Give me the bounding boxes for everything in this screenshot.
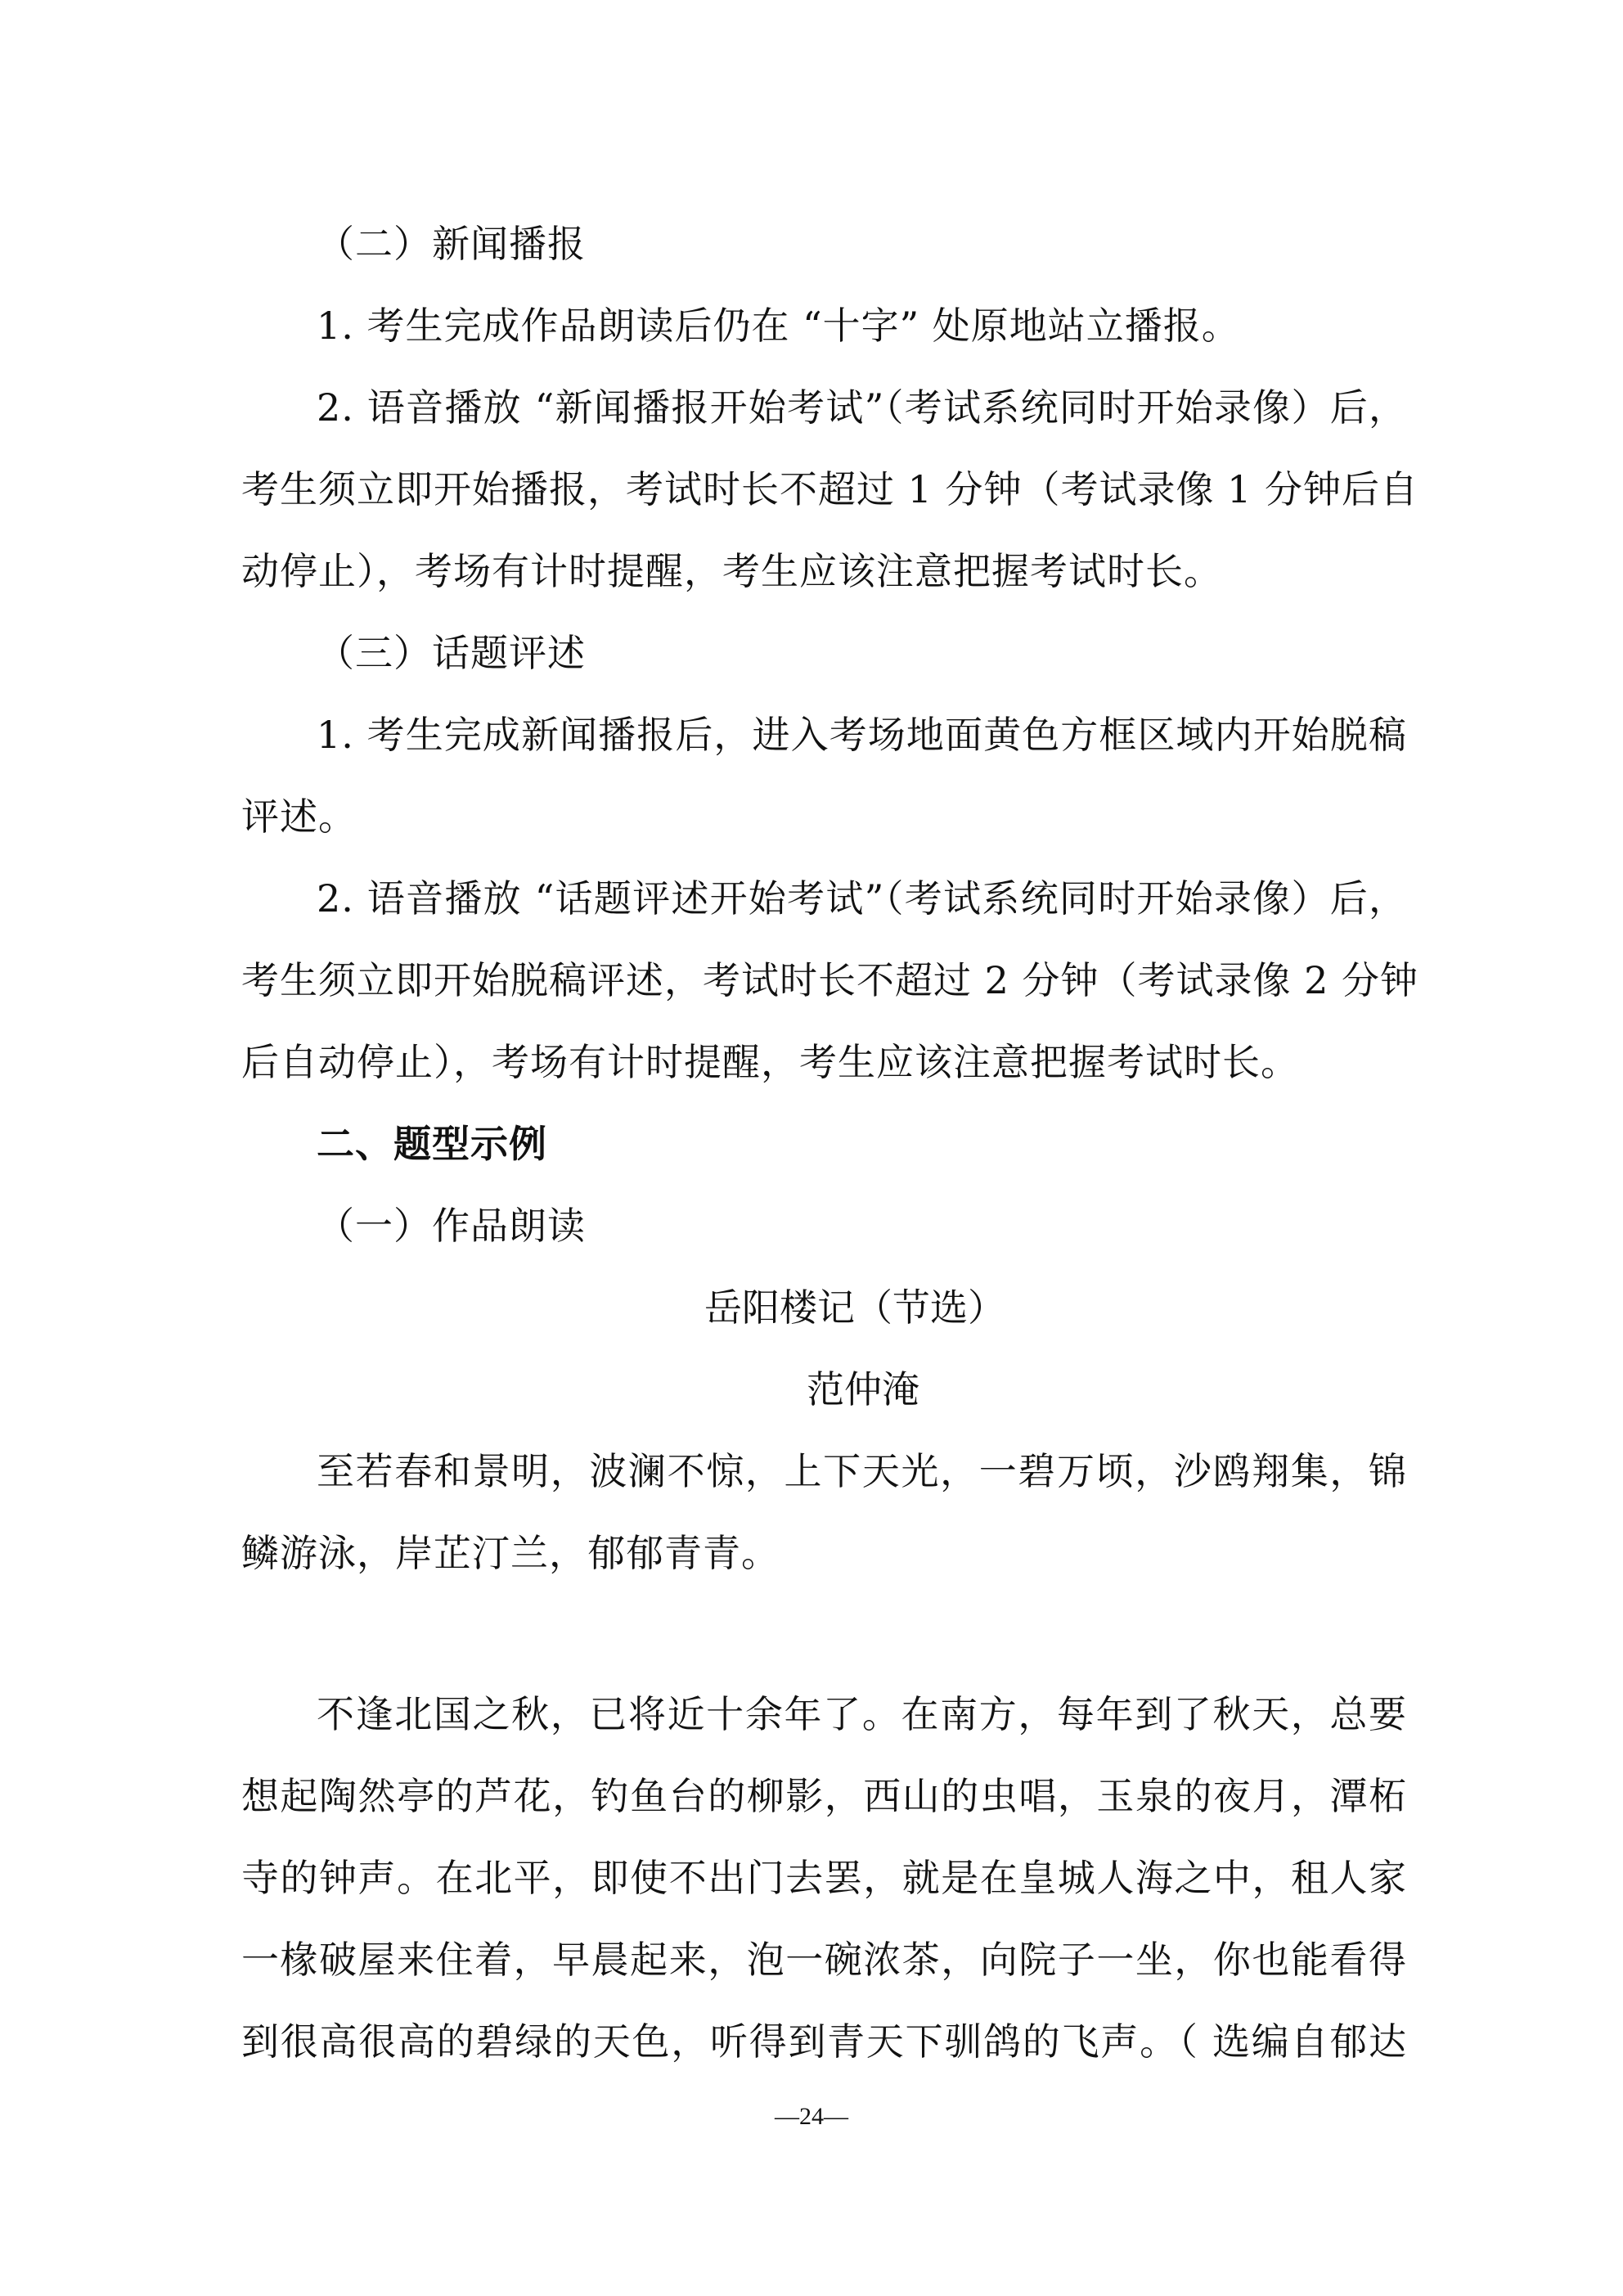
news-item-1: 1. 考生完成作品朗读后仍在 “十字” 处原地站立播报。	[241, 285, 1407, 367]
passage1-line-1: 至若春和景明，波澜不惊，上下天光，一碧万顷，沙鸥翔集，锦	[241, 1430, 1407, 1512]
passage-author: 范仲淹	[704, 1348, 1023, 1430]
page-number: —24—	[0, 2103, 1623, 2131]
topic-item-2-line-3: 后自动停止），考场有计时提醒，考生应该注意把握考试时长。	[241, 1021, 1407, 1103]
topic-item-1-line-2: 评述。	[241, 776, 1407, 858]
passage2-line-2: 想起陶然亭的芦花，钓鱼台的柳影，西山的虫唱，玉泉的夜月，潭柘	[241, 1755, 1407, 1837]
passage-title: 岳阳楼记（节选）	[622, 1267, 1088, 1348]
section-heading-news: （二）新闻播报	[241, 203, 1407, 285]
passage2-line-4: 一椽破屋来住着，早晨起来，泡一碗浓茶，向院子一坐，你也能看得	[241, 1919, 1407, 2001]
news-item-2-line-2: 考生须立即开始播报，考试时长不超过 1 分钟（考试录像 1 分钟后自	[241, 448, 1407, 530]
section-heading-topic: （三）话题评述	[241, 612, 1407, 694]
document-page: （二）新闻播报 1. 考生完成作品朗读后仍在 “十字” 处原地站立播报。 2. …	[0, 0, 1623, 2296]
topic-item-2-line-2: 考生须立即开始脱稿评述，考试时长不超过 2 分钟（考试录像 2 分钟	[241, 939, 1407, 1021]
passage2-line-5: 到很高很高的碧绿的天色，听得到青天下驯鸽的飞声。（ 选编自郁达	[241, 2001, 1407, 2082]
news-item-2-line-1: 2. 语音播放 “新闻播报开始考试”（考试系统同时开始录像）后，	[241, 367, 1407, 448]
topic-item-1-line-1: 1. 考生完成新闻播报后，进入考场地面黄色方框区域内开始脱稿	[241, 694, 1407, 776]
news-item-2-line-3: 动停止），考场有计时提醒，考生应该注意把握考试时长。	[241, 530, 1407, 612]
topic-item-2-line-1: 2. 语音播放 “话题评述开始考试”（考试系统同时开始录像）后，	[241, 858, 1407, 939]
subheading-reading: （一）作品朗读	[241, 1185, 1407, 1267]
passage2-line-3: 寺的钟声。在北平，即使不出门去罢，就是在皇城人海之中，租人家	[241, 1837, 1407, 1919]
section-heading-examples: 二、题型示例	[241, 1103, 1407, 1185]
passage2-line-1: 不逢北国之秋，已将近十余年了。在南方，每年到了秋天，总要	[241, 1673, 1407, 1755]
passage1-line-2: 鳞游泳，岸芷汀兰，郁郁青青。	[241, 1512, 1407, 1594]
